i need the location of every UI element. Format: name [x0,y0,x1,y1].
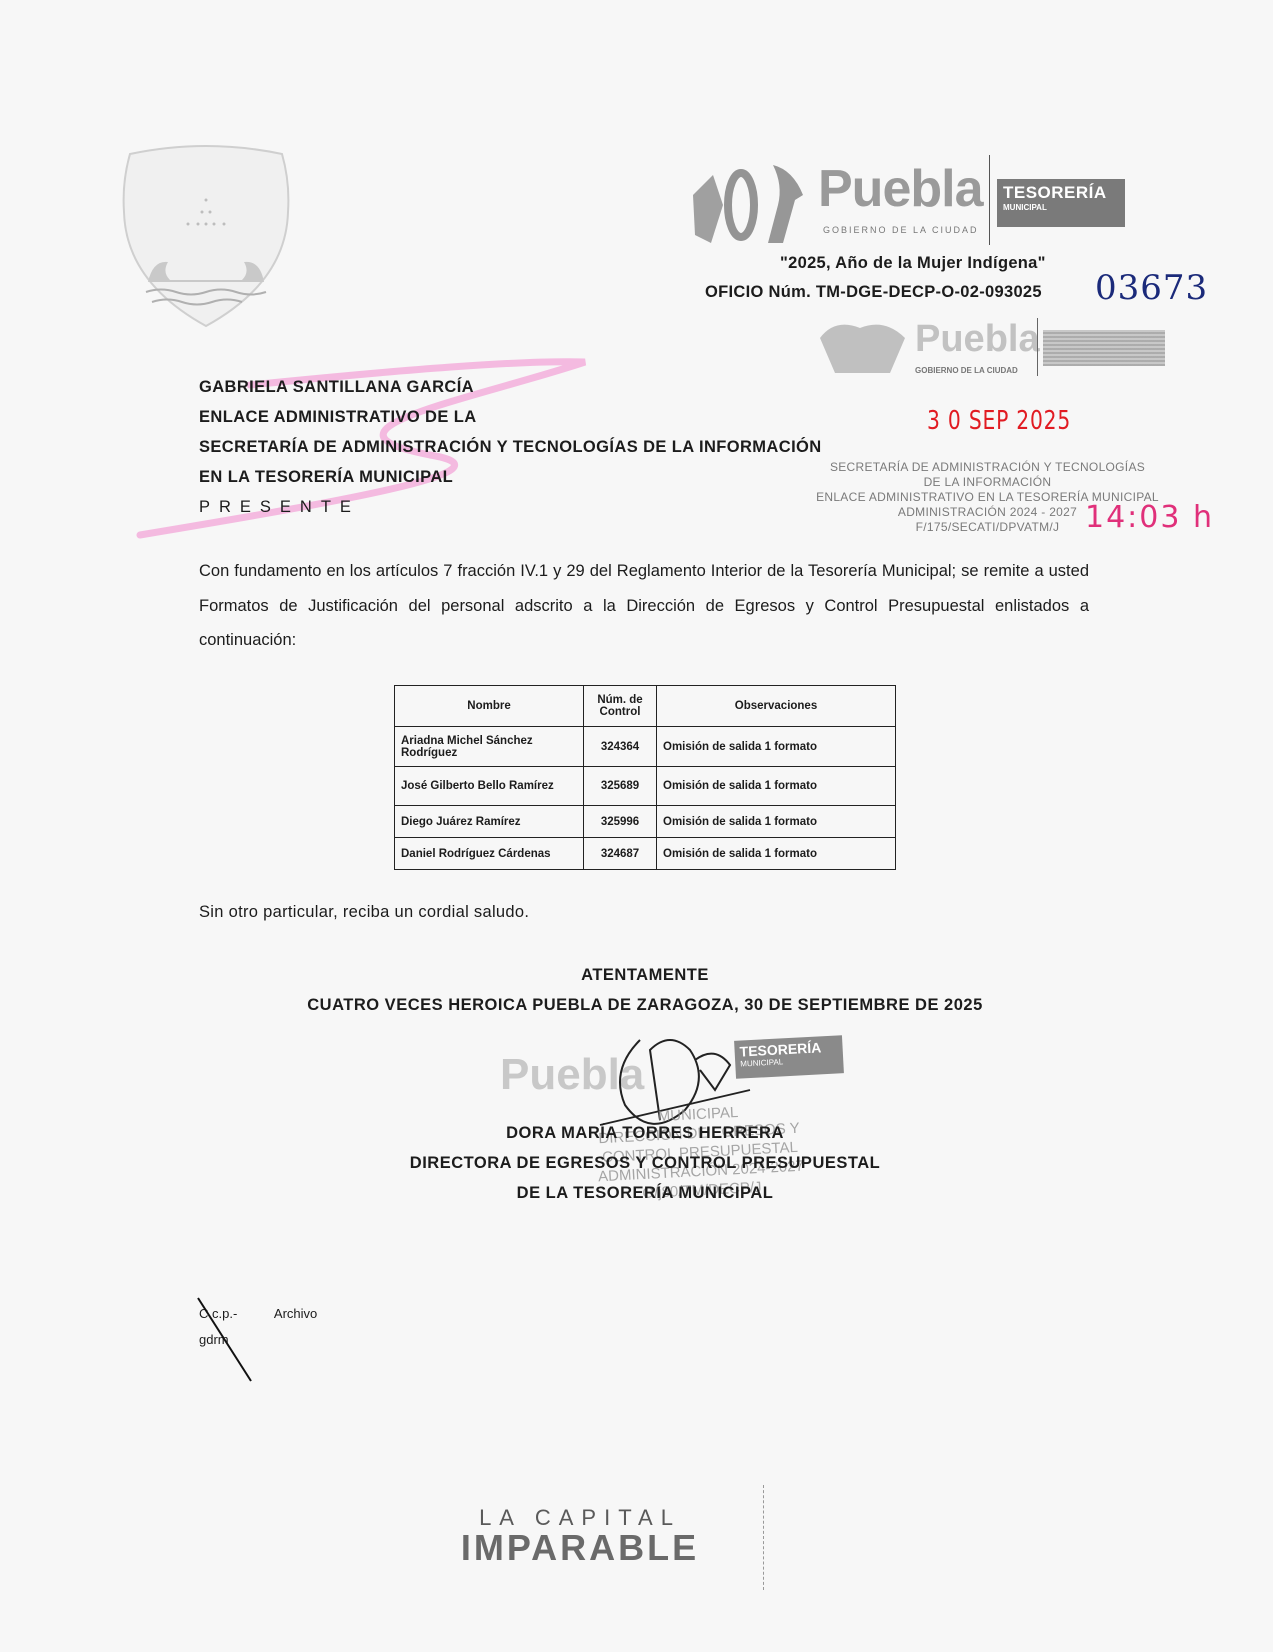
presente-label: PRESENTE [199,492,822,522]
stamp-logo-subtitle: GOBIERNO DE LA CIUDAD [915,366,1018,375]
logo-subtitle: GOBIERNO DE LA CIUDAD [823,225,979,235]
logo-department: TESORERÍA [1003,183,1119,203]
reception-stamp-logo: Puebla GOBIERNO DE LA CIUDAD [815,318,1165,380]
signer-title-1: DIRECTORA DE EGRESOS Y CONTROL PRESUPUES… [0,1148,1273,1178]
addressee-line-1: ENLACE ADMINISTRATIVO DE LA [199,402,822,432]
table-row: Daniel Rodríguez Cárdenas 324687 Omisión… [395,838,896,870]
year-motto: "2025, Año de la Mujer Indígena" [780,254,1046,273]
footer-slogan-logo: LA CAPITAL IMPARABLE [430,1505,730,1575]
table-row: Diego Juárez Ramírez 325996 Omisión de s… [395,806,896,838]
municipal-coat-of-arms-icon [118,142,294,328]
logo-department-sub: MUNICIPAL [1003,203,1119,212]
folio-stamp: 03673 [1095,268,1208,308]
puebla-emblem-icon [815,318,910,376]
addressee-line-3: EN LA TESORERÍA MUNICIPAL [199,462,822,492]
table-header-row: Nombre Núm. de Control Observaciones [395,686,896,727]
table-row: José Gilberto Bello Ramírez 325689 Omisi… [395,767,896,806]
signer-title-2: DE LA TESORERÍA MUNICIPAL [0,1178,1273,1208]
check-mark-stroke [196,1296,256,1386]
addressee-name: GABRIELA SANTILLANA GARCÍA [199,372,822,402]
col-header-nombre: Nombre [395,686,584,727]
atentamente-label: ATENTAMENTE [0,966,1273,985]
ccp-value: Archivo [274,1306,317,1321]
table-row: Ariadna Michel Sánchez Rodríguez 324364 … [395,727,896,767]
addressee-block: GABRIELA SANTILLANA GARCÍA ENLACE ADMINI… [199,372,822,522]
signer-block: DORA MARÍA TORRES HERRERA DIRECTORA DE E… [0,1118,1273,1208]
handwritten-time: 14:03 h [1085,500,1214,535]
reception-date-stamp: 3 0 SEP 2025 [927,406,1071,436]
addressee-line-2: SECRETARÍA DE ADMINISTRACIÓN Y TECNOLOGÍ… [199,432,822,462]
oficio-number: OFICIO Núm. TM-DGE-DECP-O-02-093025 [705,283,1042,302]
footer-divider [763,1485,765,1590]
footer-line-2: IMPARABLE [430,1527,730,1569]
body-paragraph: Con fundamento en los artículos 7 fracci… [199,554,1089,658]
logo-city: Puebla [818,159,983,219]
puebla-tesoreria-logo: Puebla GOBIERNO DE LA CIUDAD TESORERÍA M… [683,155,1128,245]
personnel-table: Nombre Núm. de Control Observaciones Ari… [394,685,896,870]
closing-text: Sin otro particular, reciba un cordial s… [199,903,529,922]
city-date-line: CUATRO VECES HEROICA PUEBLA DE ZARAGOZA,… [0,996,1273,1015]
col-header-control: Núm. de Control [584,686,657,727]
signer-name: DORA MARÍA TORRES HERRERA [0,1118,1273,1148]
puebla-emblem-icon [683,155,813,245]
col-header-observaciones: Observaciones [657,686,896,727]
